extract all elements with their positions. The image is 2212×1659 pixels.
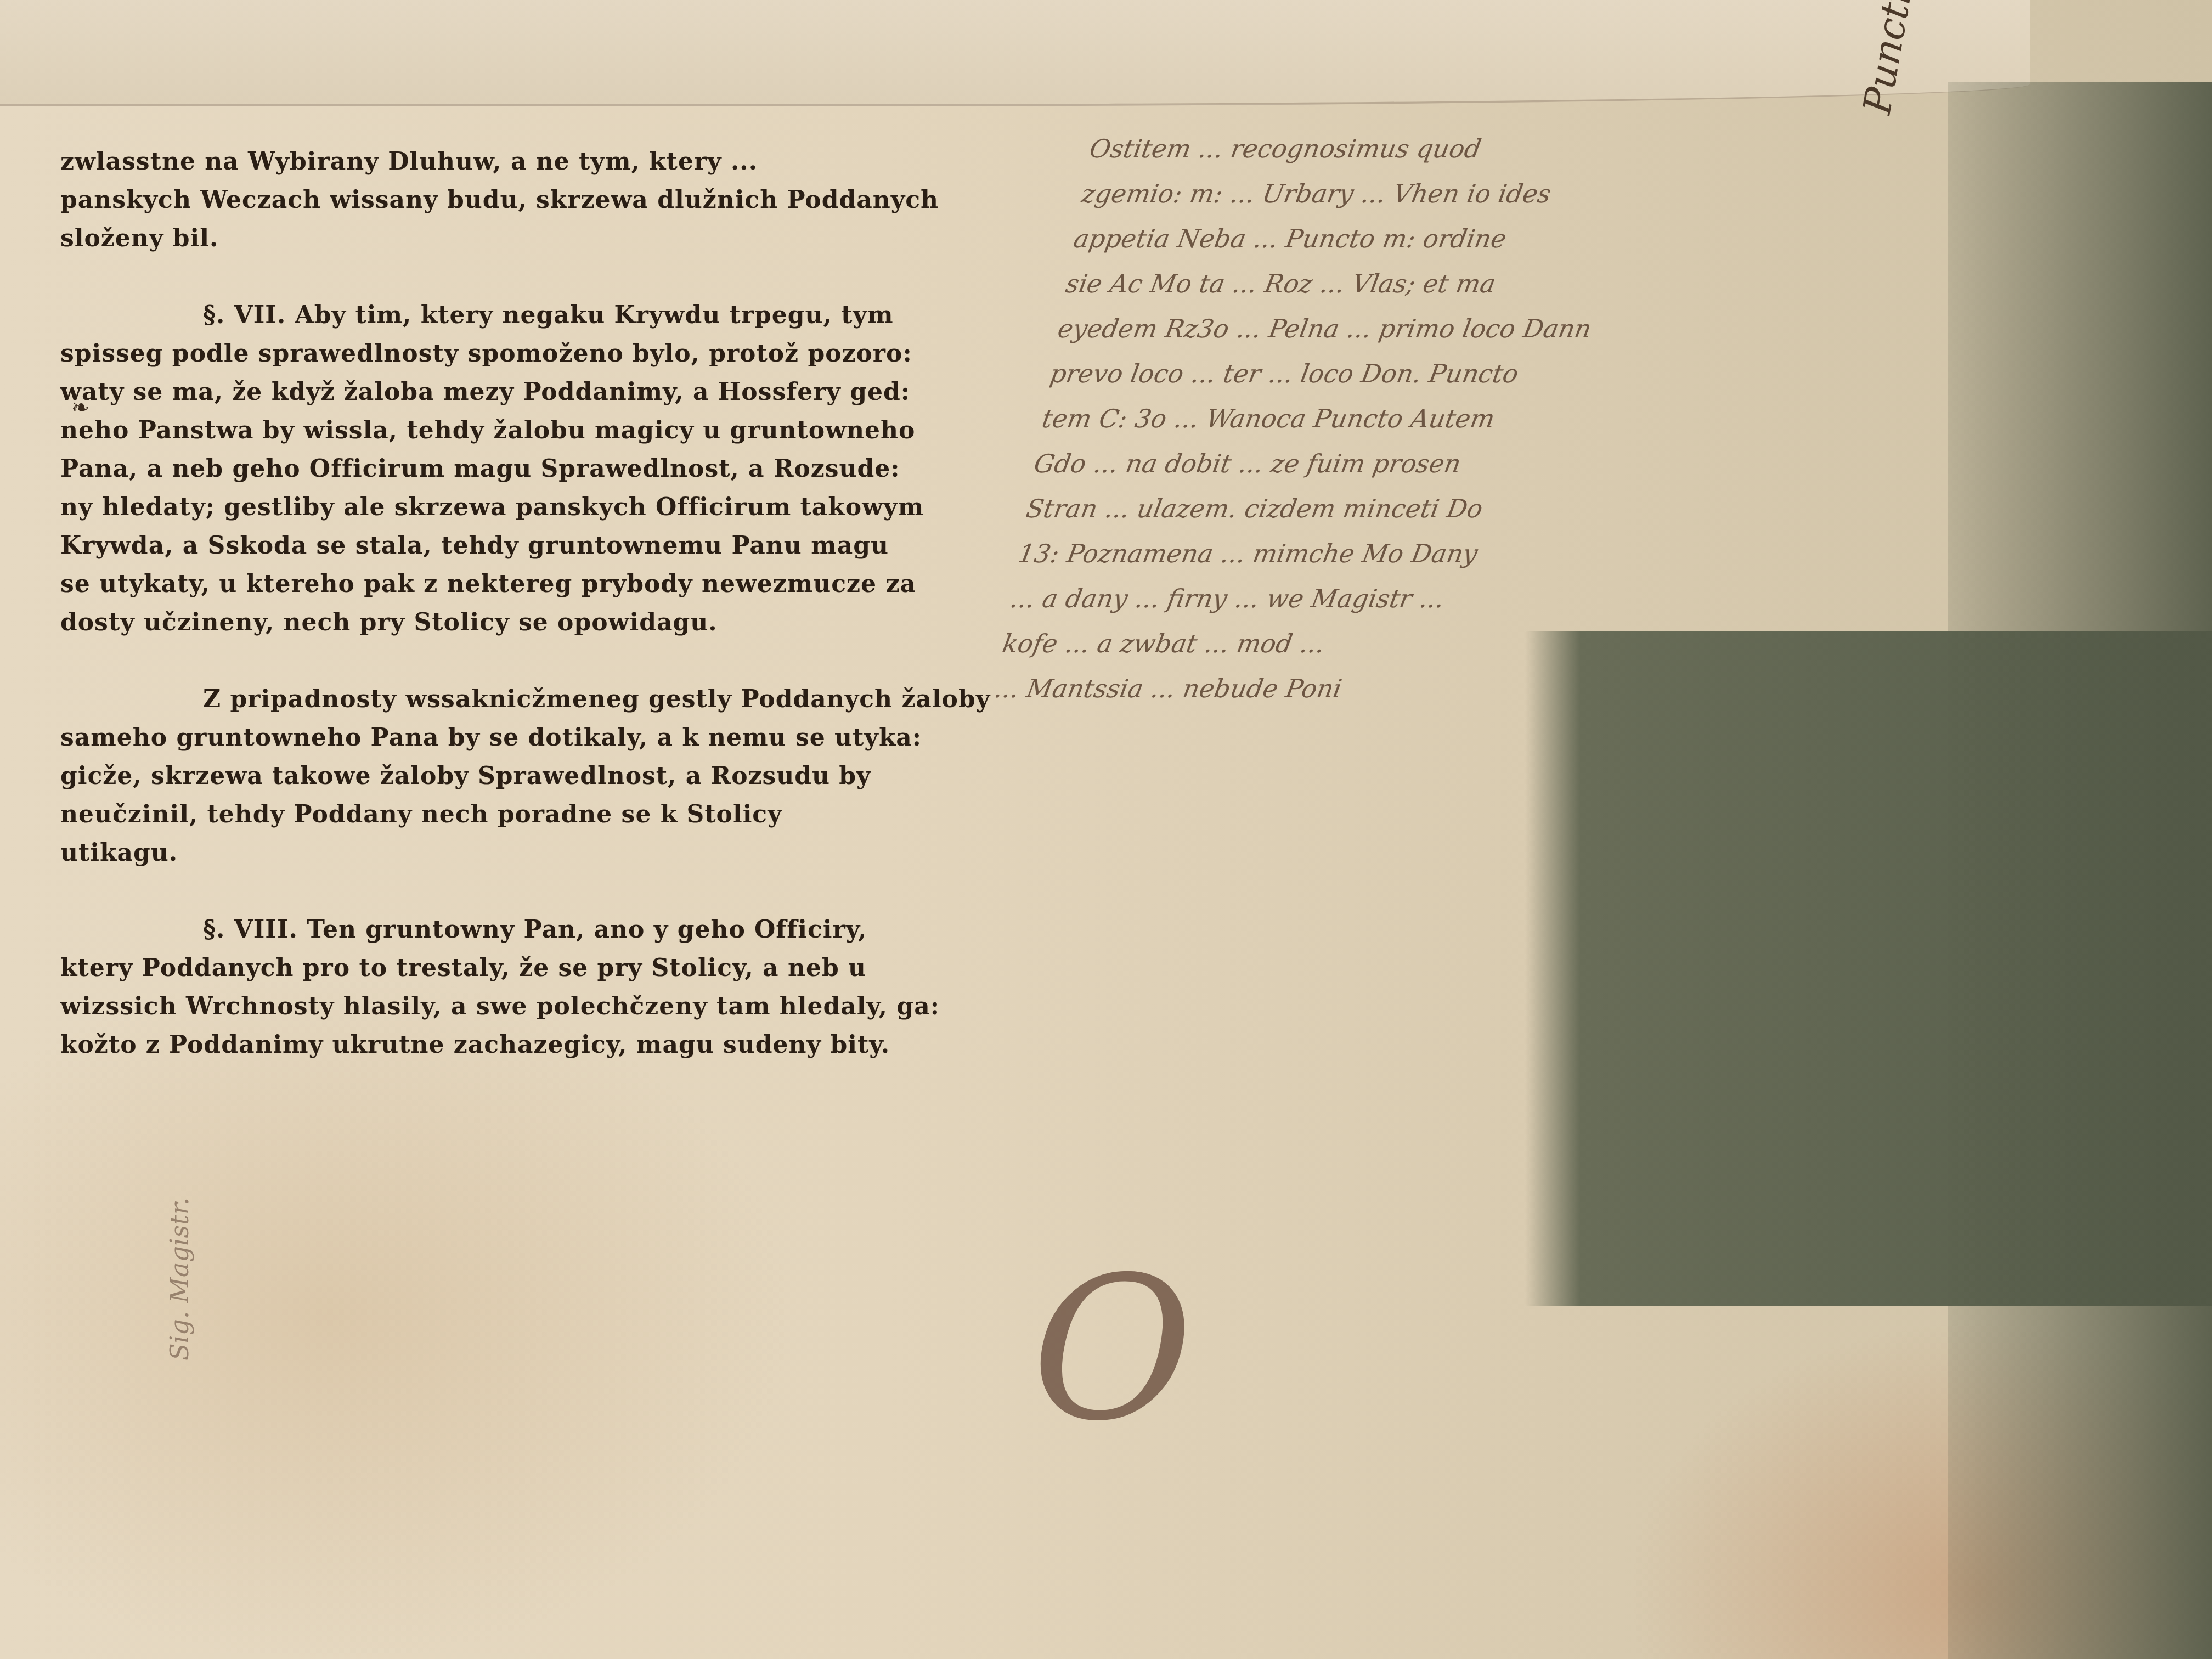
handwritten-line: ... a dany ... firny ... we Magistr ... — [1007, 576, 1947, 621]
printed-line: Aby tim, ktery negaku Krywdu trpegu, tym — [295, 301, 894, 329]
handwritten-line: appetia Neba ... Puncto m: ordine — [1070, 216, 2011, 261]
printed-line: ny hledaty; gestliby ale skrzewa panskyc… — [60, 488, 1048, 527]
printed-line: se utykaty, u ktereho pak z nektereg pry… — [60, 565, 1048, 603]
decorative-initial: O — [1031, 1251, 1193, 1448]
printed-line: Pana, a neb geho Officirum magu Sprawedl… — [60, 450, 1048, 488]
printed-line: panskych Weczach wissany budu, skrzewa d… — [60, 181, 1048, 219]
handwritten-line: ... Mantssia ... nebude Poni — [991, 666, 1931, 711]
section-label: §. VIII. — [203, 916, 298, 944]
printed-line: ktery Poddanych pro to trestaly, že se p… — [60, 949, 1048, 988]
printed-line: utikagu. — [60, 834, 1048, 872]
printed-line: spisseg podle sprawedlnosty spomoženo by… — [60, 335, 1048, 373]
printed-text-block: zwlasstne na Wybirany Dluhuw, a ne tym, … — [60, 143, 1048, 1064]
handwritten-line: Stran ... ulazem. cizdem minceti Do — [1023, 486, 1963, 531]
handwritten-line: 13: Poznamena ... mimche Mo Dany — [1014, 531, 1955, 576]
printed-line: Krywda, a Sskoda se stala, tehdy gruntow… — [60, 527, 1048, 565]
printed-line: neho Panstwa by wissla, tehdy žalobu mag… — [60, 411, 1048, 450]
handwritten-line: tem C: 3o ... Wanoca Puncto Autem — [1039, 396, 1979, 441]
printed-line: gicže, skrzewa takowe žaloby Sprawedlnos… — [60, 757, 1048, 795]
handwritten-line: Gdo ... na dobit ... ze fuim prosen — [1030, 441, 1971, 486]
section-viii-heading: §. VIII. Ten gruntowny Pan, ano y geho O… — [60, 911, 1048, 949]
handwritten-line: sie Ac Mo ta ... Roz ... Vlas; et ma — [1062, 261, 2002, 306]
printed-line: neučzinil, tehdy Poddany nech poradne se… — [60, 795, 1048, 834]
printed-line: dosty učzineny, nech pry Stolicy se opow… — [60, 603, 1048, 642]
printed-ornament-icon: ❧ — [71, 395, 90, 420]
printed-line: Ten gruntowny Pan, ano y geho Officiry, — [307, 916, 867, 944]
handwritten-line: zgemio: m: ... Urbary ... Vhen io ides — [1078, 171, 2018, 216]
margin-note: Sig. Magistr. — [165, 1198, 194, 1361]
section-label: §. VII. — [203, 301, 286, 329]
handwritten-line: prevo loco ... ter ... loco Don. Puncto — [1046, 351, 1987, 396]
handwritten-line: Ostitem ... recognosimus quod — [1086, 126, 2027, 171]
printed-line: sameho gruntowneho Pana by se dotikaly, … — [60, 719, 1048, 757]
handwritten-line: kofe ... a zwbat ... mod ... — [998, 621, 1939, 666]
handwritten-annotation: Ostitem ... recognosimus quod zgemio: m:… — [991, 126, 2027, 711]
printed-line: Z pripadnosty wssaknicžmeneg gestly Podd… — [60, 680, 1048, 719]
printed-line: složeny bil. — [60, 219, 1048, 258]
handwritten-line: eyedem Rz3o ... Pelna ... primo loco Dan… — [1054, 306, 1995, 351]
printed-line: wizssich Wrchnosty hlasily, a swe polech… — [60, 988, 1048, 1026]
section-vii-heading: §. VII. Aby tim, ktery negaku Krywdu trp… — [60, 296, 1048, 335]
printed-line: waty se ma, že když žaloba mezy Poddanim… — [60, 373, 1048, 411]
printed-line: kožto z Poddanimy ukrutne zachazegicy, m… — [60, 1026, 1048, 1064]
folded-page-edge — [0, 0, 2030, 106]
printed-line: zwlasstne na Wybirany Dluhuw, a ne tym, … — [60, 143, 1048, 181]
